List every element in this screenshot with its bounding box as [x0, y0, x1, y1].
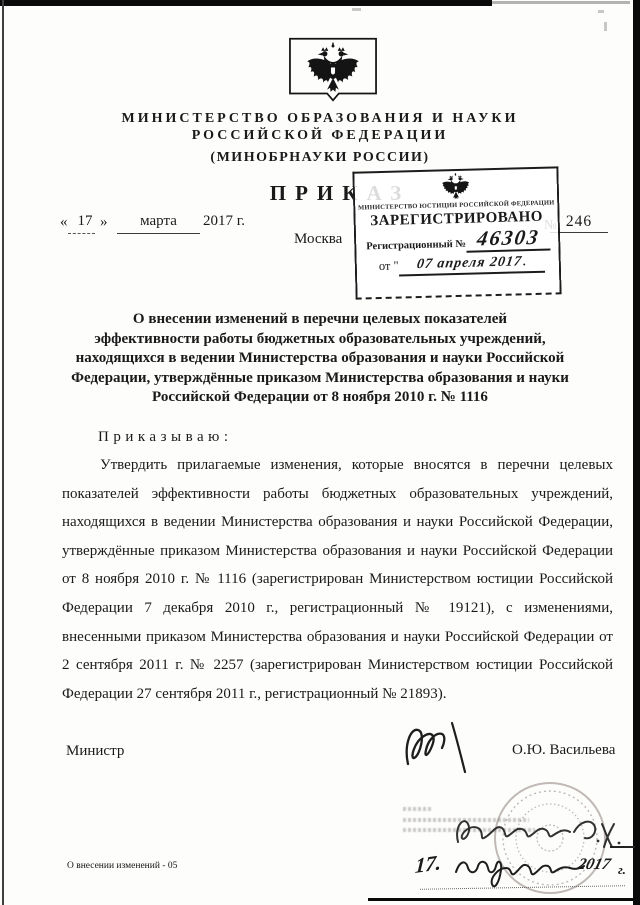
- justice-eagle-icon: [438, 173, 473, 202]
- registration-date-row: от " 07 апреля 2017.: [379, 252, 545, 277]
- signer-position: Министр: [66, 743, 124, 760]
- certification-day: 17.: [414, 850, 442, 879]
- certification-month-script: [452, 850, 590, 890]
- order-title: О внесении изменений в перечни целевых п…: [45, 310, 595, 408]
- faint-stamp-text: [403, 807, 433, 811]
- city-label: Москва: [294, 231, 342, 248]
- order-word: Приказываю:: [98, 429, 233, 446]
- scanned-order-page: МИНИСТЕРСТВО ОБРАЗОВАНИЯ И НАУКИ РОССИЙС…: [0, 0, 640, 905]
- scan-edge-top: [0, 0, 492, 6]
- certification-year: 2017: [576, 856, 612, 874]
- footer-reference: О внесении изменений - 05: [67, 861, 177, 871]
- scan-speck: [352, 8, 361, 11]
- registration-number-row: Регистрационный № 46303: [366, 228, 551, 256]
- scan-edge-top-gray: [492, 1, 630, 4]
- scan-edge-right: [633, 0, 640, 905]
- date-year: 2017 г.: [203, 213, 245, 230]
- scan-speck: [598, 10, 604, 13]
- ministry-short-name: (МИНОБРНАУКИ РОССИИ): [60, 150, 580, 166]
- date-day: 17: [73, 213, 97, 230]
- registration-number-value: 46303: [466, 228, 551, 253]
- date-month-underline: [117, 233, 200, 234]
- date-day-underline: [68, 233, 95, 234]
- date-close-quote: »: [100, 214, 108, 231]
- signer-name: О.Ю. Васильева: [512, 742, 615, 759]
- scan-edge-left: [2, 0, 4, 905]
- registration-number-label: Регистрационный №: [366, 239, 466, 256]
- certification-signature: [452, 808, 624, 856]
- russia-coat-of-arms-icon: [288, 36, 378, 104]
- date-month: марта: [117, 213, 200, 230]
- order-body-paragraph: Утвердить прилагаемые изменения, которые…: [62, 451, 613, 708]
- minister-signature: [400, 718, 478, 776]
- ministry-name: МИНИСТЕРСТВО ОБРАЗОВАНИЯ И НАУКИ РОССИЙС…: [60, 110, 580, 144]
- registration-date-value: 07 апреля 2017.: [398, 252, 545, 277]
- registration-date-label: от ": [379, 259, 399, 278]
- justice-registration-stamp: МИНИСТЕРСТВО ЮСТИЦИИ РОССИЙСКОЙ ФЕДЕРАЦИ…: [352, 166, 561, 299]
- date-open-quote: «: [60, 214, 68, 231]
- scan-speck: [604, 22, 607, 31]
- certification-year-suffix: г.: [618, 862, 626, 878]
